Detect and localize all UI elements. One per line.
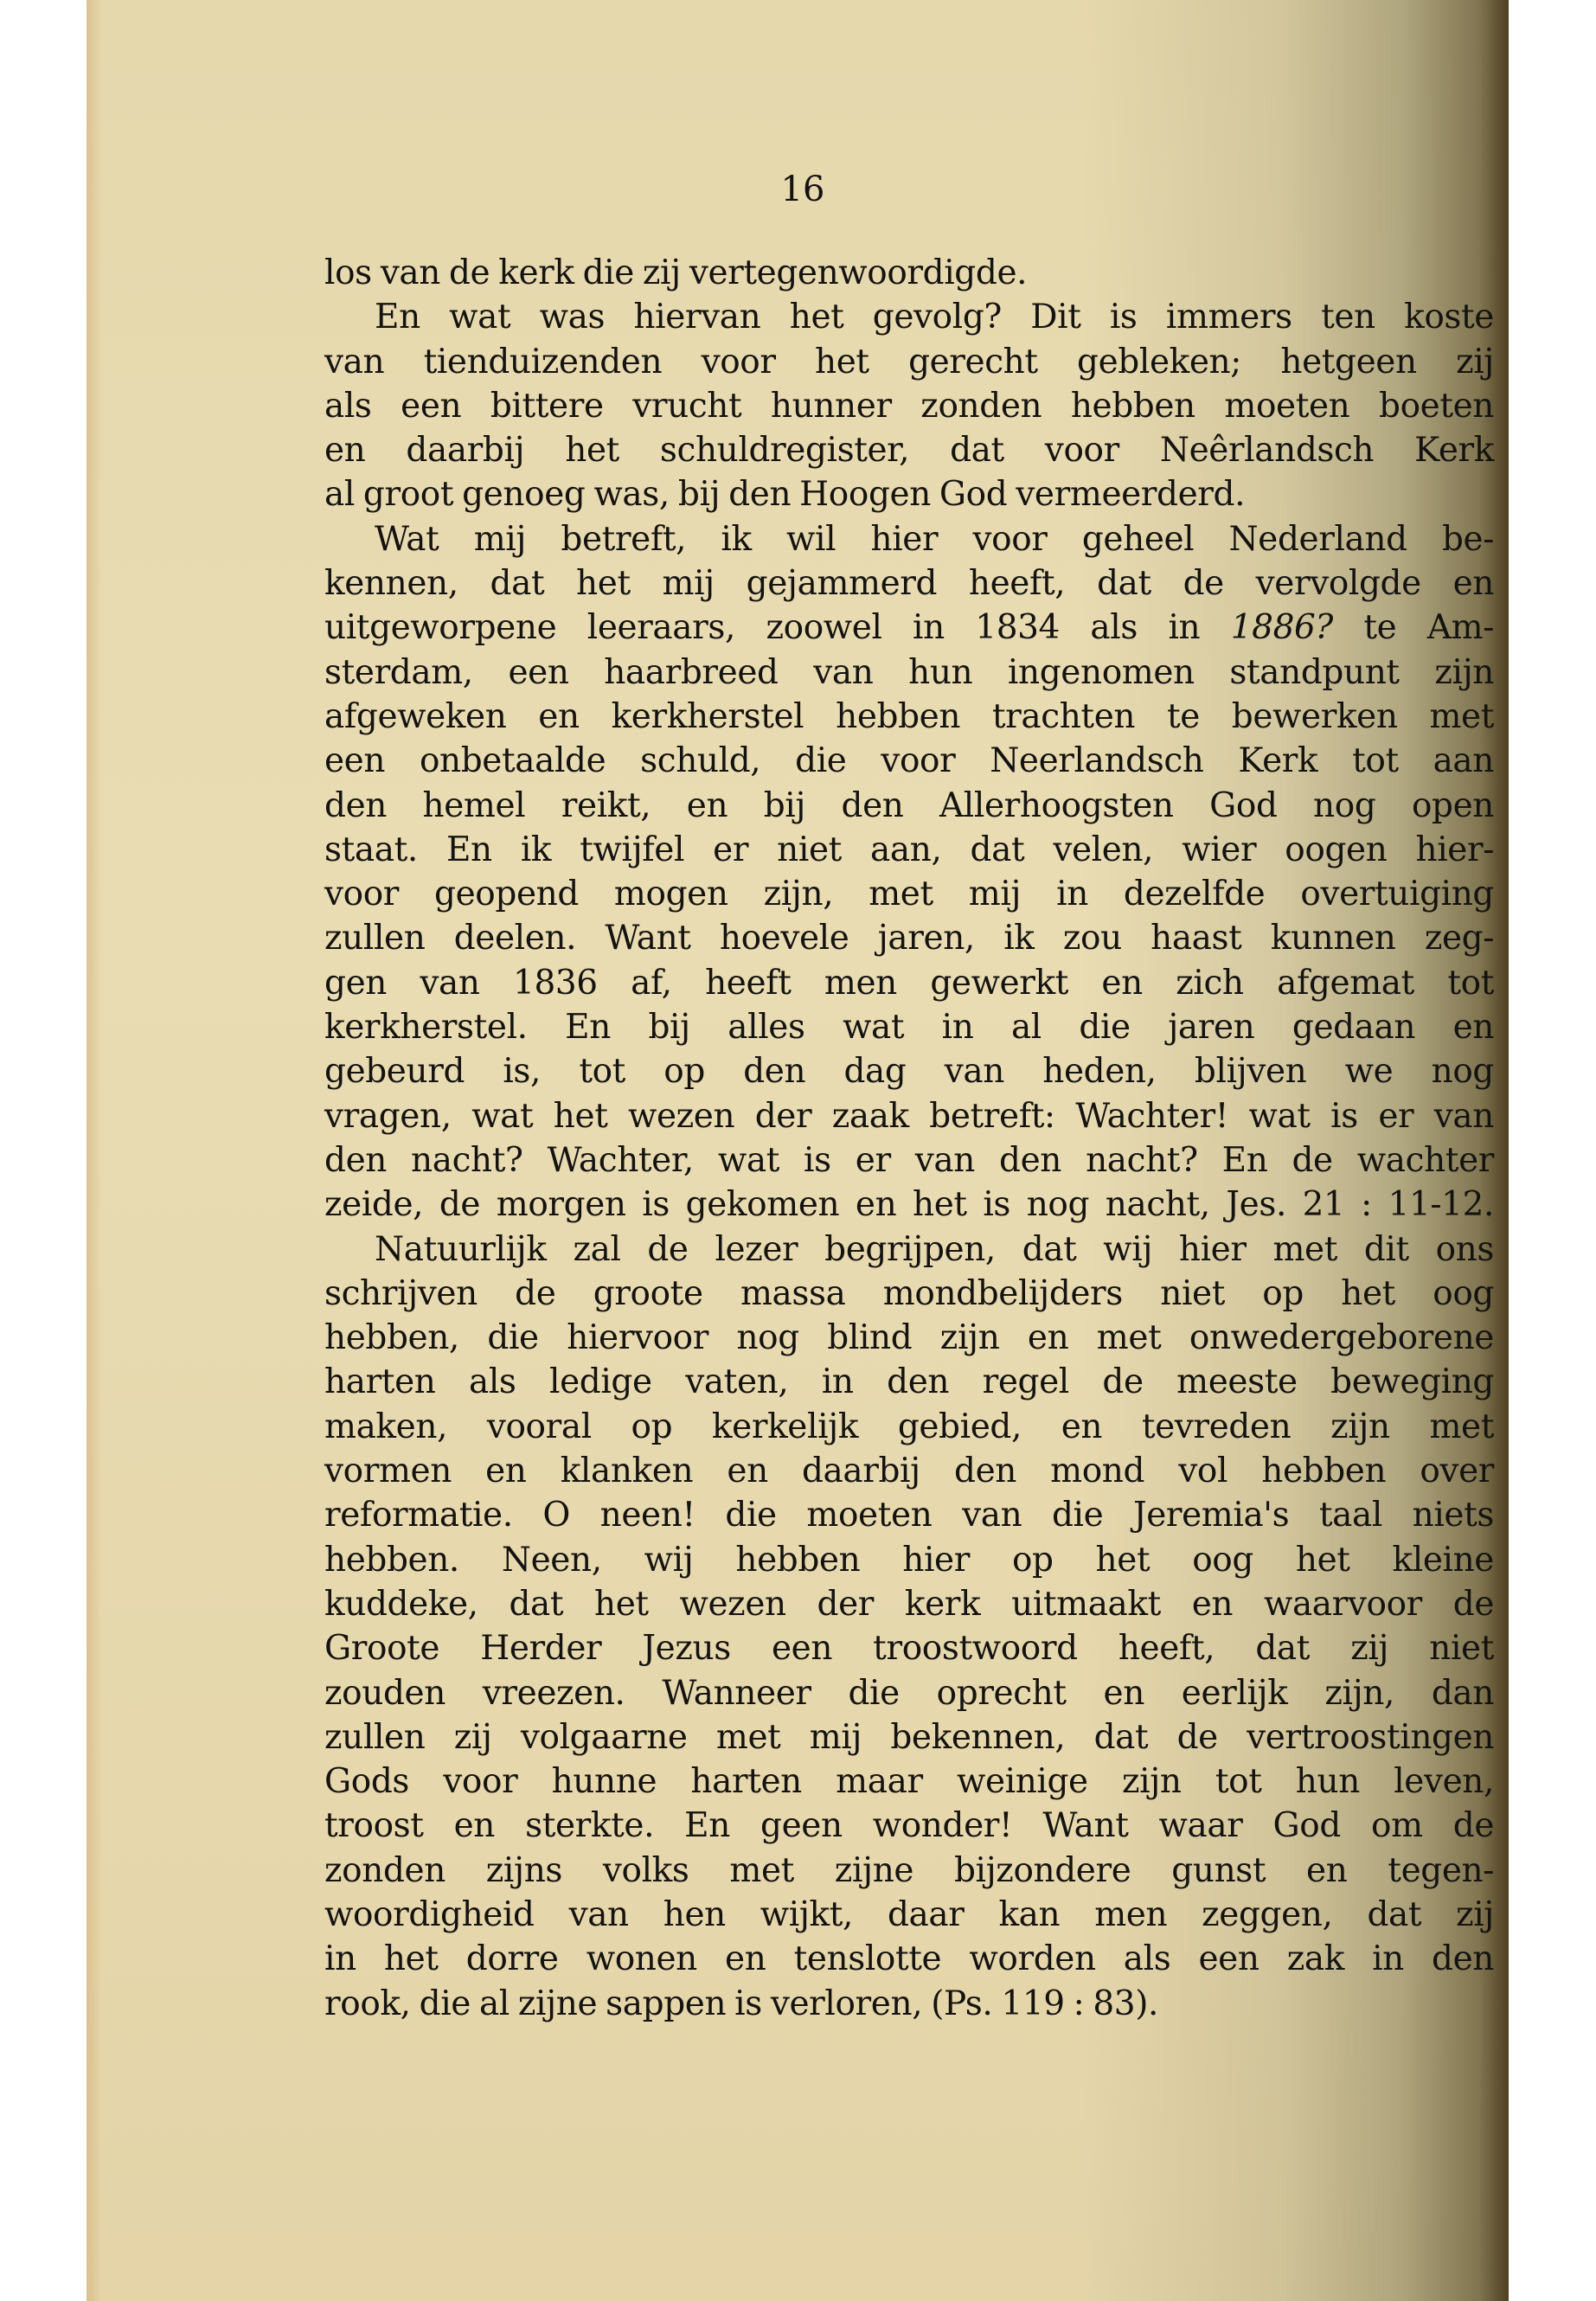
text-line: sterdam, een haarbreed van hun ingenomen…: [324, 651, 1494, 695]
text-line: al groot genoeg was, bij den Hoogen God …: [324, 472, 1494, 516]
text-line: Groote Herder Jezus een troostwoord heef…: [324, 1626, 1494, 1670]
text-line: vragen, wat het wezen der zaak betreft: …: [324, 1094, 1494, 1138]
page-number: 16: [87, 170, 1509, 209]
text-line: reformatie. O neen! die moeten van die J…: [324, 1493, 1494, 1537]
text-line: den nacht? Wachter, wat is er van den na…: [324, 1138, 1494, 1183]
text-line: gebeurd is, tot op den dag van heden, bl…: [324, 1049, 1494, 1093]
text-line: voor geopend mogen zijn, met mij in deze…: [324, 872, 1494, 916]
paragraph-start-line: Natuurlijk zal de lezer begrijpen, dat w…: [324, 1227, 1494, 1272]
text-line: kennen, dat het mij gejammerd heeft, dat…: [324, 561, 1494, 606]
text-line: hebben, die hiervoor nog blind zijn en m…: [324, 1316, 1494, 1360]
text-line: vormen en klanken en daarbij den mond vo…: [324, 1449, 1494, 1493]
text-line: woordigheid van hen wijkt, daar kan men …: [324, 1893, 1494, 1937]
text-line: als een bittere vrucht hunner zonden heb…: [324, 384, 1494, 428]
text-line: uitgeworpene leeraars, zoowel in 1834 al…: [324, 606, 1494, 650]
text-line: kuddeke, dat het wezen der kerk uitmaakt…: [324, 1582, 1494, 1626]
text-line: hebben. Neen, wij hebben hier op het oog…: [324, 1538, 1494, 1582]
text-line: los van de kerk die zij vertegenwoordigd…: [324, 251, 1494, 295]
text-line: staat. En ik twijfel er niet aan, dat ve…: [324, 828, 1494, 872]
text-line: rook, die al zijne sappen is verloren, (…: [324, 1982, 1494, 2026]
italic-year: 1886?: [1231, 608, 1333, 647]
text-line: maken, vooral op kerkelijk gebied, en te…: [324, 1405, 1494, 1449]
paragraph-start-line: En wat was hiervan het gevolg? Dit is im…: [324, 295, 1494, 339]
text-line: troost en sterkte. En geen wonder! Want …: [324, 1804, 1494, 1848]
text-line: harten als ledige vaten, in den regel de…: [324, 1360, 1494, 1404]
paragraph-start-line: Wat mij betreft, ik wil hier voor geheel…: [324, 517, 1494, 561]
text-line: en daarbij het schuldregister, dat voor …: [324, 428, 1494, 472]
text-line: in het dorre wonen en tenslotte worden a…: [324, 1937, 1494, 1981]
text-line: den hemel reikt, en bij den Allerhoogste…: [324, 784, 1494, 828]
text-line: zeide, de morgen is gekomen en het is no…: [324, 1183, 1494, 1227]
book-page: 16 los van de kerk die zij vertegenwoord…: [87, 0, 1509, 2301]
text-line: zullen zij volgaarne met mij bekennen, d…: [324, 1715, 1494, 1759]
body-text: los van de kerk die zij vertegenwoordigd…: [324, 251, 1494, 2026]
text-line: zonden zijns volks met zijne bijzondere …: [324, 1849, 1494, 1893]
text-line: zouden vreezen. Wanneer die oprecht en e…: [324, 1671, 1494, 1715]
text-line: een onbetaalde schuld, die voor Neerland…: [324, 739, 1494, 783]
text-line: zullen deelen. Want hoevele jaren, ik zo…: [324, 916, 1494, 960]
text-line: afgeweken en kerkherstel hebben trachten…: [324, 695, 1494, 739]
text-line: schrijven de groote massa mondbelijders …: [324, 1272, 1494, 1316]
text-line: gen van 1836 af, heeft men gewerkt en zi…: [324, 961, 1494, 1005]
text-line: Gods voor hunne harten maar weinige zijn…: [324, 1759, 1494, 1804]
text-line: van tienduizenden voor het gerecht geble…: [324, 340, 1494, 384]
text-line: kerkherstel. En bij alles wat in al die …: [324, 1005, 1494, 1049]
